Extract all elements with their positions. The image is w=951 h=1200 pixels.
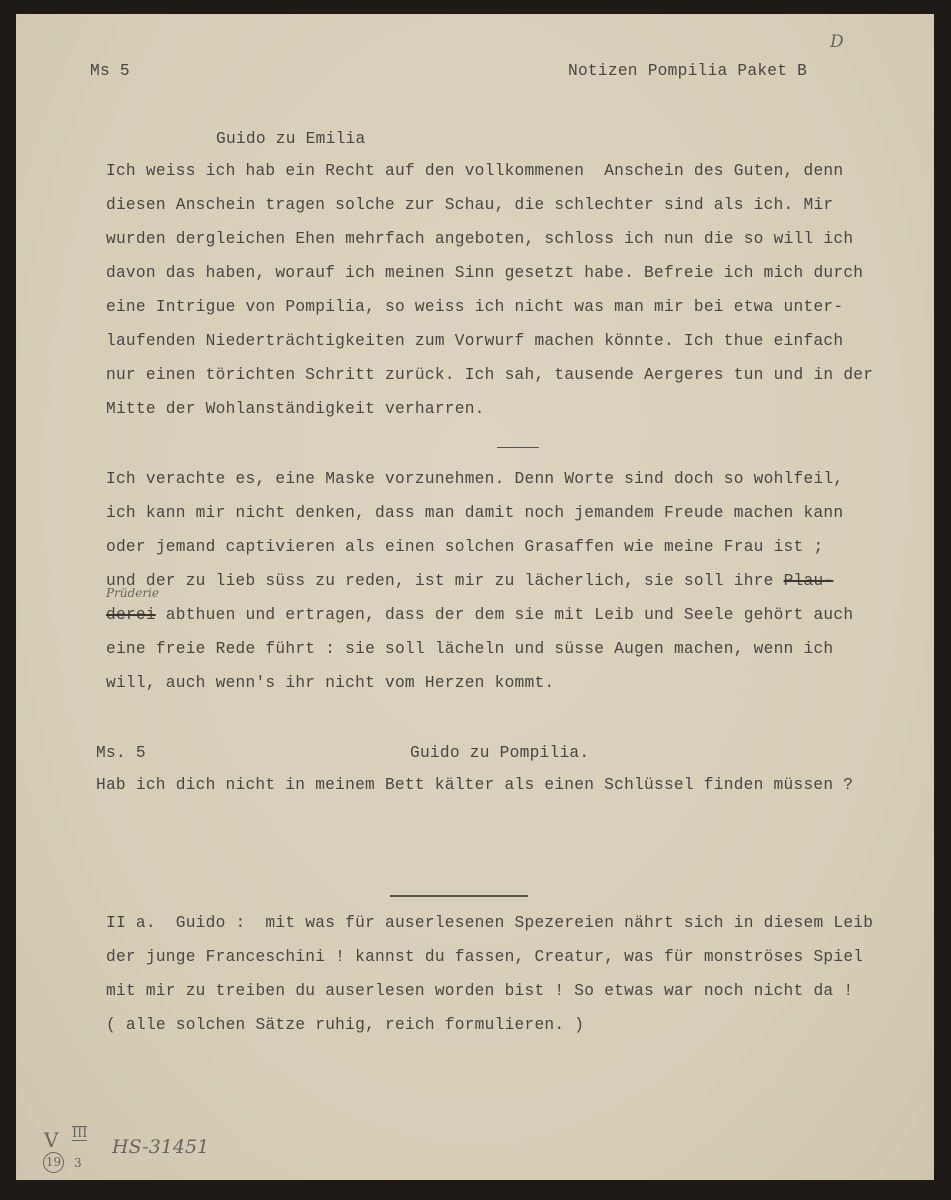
text-line: laufenden Niederträchtigkeiten zum Vorwu… (106, 332, 843, 350)
struck-text: derei (106, 606, 156, 624)
section1-heading: Guido zu Emilia (216, 130, 365, 148)
text-line: davon das haben, worauf ich meinen Sinn … (106, 264, 863, 282)
handwritten-insert: Prüderie (106, 586, 159, 600)
shelfmark: HS-31451 (112, 1136, 209, 1158)
section3-heading: Guido zu Pompilia. (410, 744, 589, 762)
text-line: mit mir zu treiben du auserlesen worden … (106, 982, 853, 1000)
struck-text: Plau- (784, 572, 834, 590)
text-line: will, auch wenn's ihr nicht vom Herzen k… (106, 674, 554, 692)
section-divider (497, 447, 539, 448)
text-line: diesen Anschein tragen solche zur Schau,… (106, 196, 833, 214)
text-line: oder jemand captivieren als einen solche… (106, 538, 823, 556)
archive-mark-v: V (44, 1128, 58, 1152)
text-line: Ich weiss ich hab ein Recht auf den voll… (106, 162, 843, 180)
text-line: und der zu lieb süss zu reden, ist mir z… (106, 572, 833, 590)
text-line-part: abthuen und ertragen, dass der dem sie m… (156, 606, 854, 624)
archive-mark-roman: III (72, 1126, 87, 1141)
corner-mark: D (830, 32, 844, 52)
text-line: ich kann mir nicht denken, dass man dami… (106, 504, 843, 522)
text-line: nur einen törichten Schritt zurück. Ich … (106, 366, 873, 384)
text-line: derei abthuen und ertragen, dass der dem… (106, 606, 853, 624)
header-left: Ms 5 (90, 62, 130, 80)
text-line: eine freie Rede führt : sie soll lächeln… (106, 640, 833, 658)
text-line: Hab ich dich nicht in meinem Bett kälter… (96, 776, 853, 794)
header-right: Notizen Pompilia Paket B (568, 62, 807, 80)
text-line: wurden dergleichen Ehen mehrfach angebot… (106, 230, 853, 248)
section-divider (390, 895, 528, 897)
text-line: ( alle solchen Sätze ruhig, reich formul… (106, 1016, 584, 1034)
text-line: eine Intrigue von Pompilia, so weiss ich… (106, 298, 843, 316)
text-line: Mitte der Wohlanständigkeit verharren. (106, 400, 485, 418)
text-line-part: und der zu lieb süss zu reden, ist mir z… (106, 572, 784, 590)
text-line: der junge Franceschini ! kannst du fasse… (106, 948, 863, 966)
text-line: Ich verachte es, eine Maske vorzunehmen.… (106, 470, 843, 488)
archive-mark-sub: 3 (74, 1156, 82, 1170)
text-line: II a. Guido : mit was für auserlesenen S… (106, 914, 873, 932)
archive-mark-circled: 19 (43, 1152, 64, 1173)
section3-label: Ms. 5 (96, 744, 146, 762)
